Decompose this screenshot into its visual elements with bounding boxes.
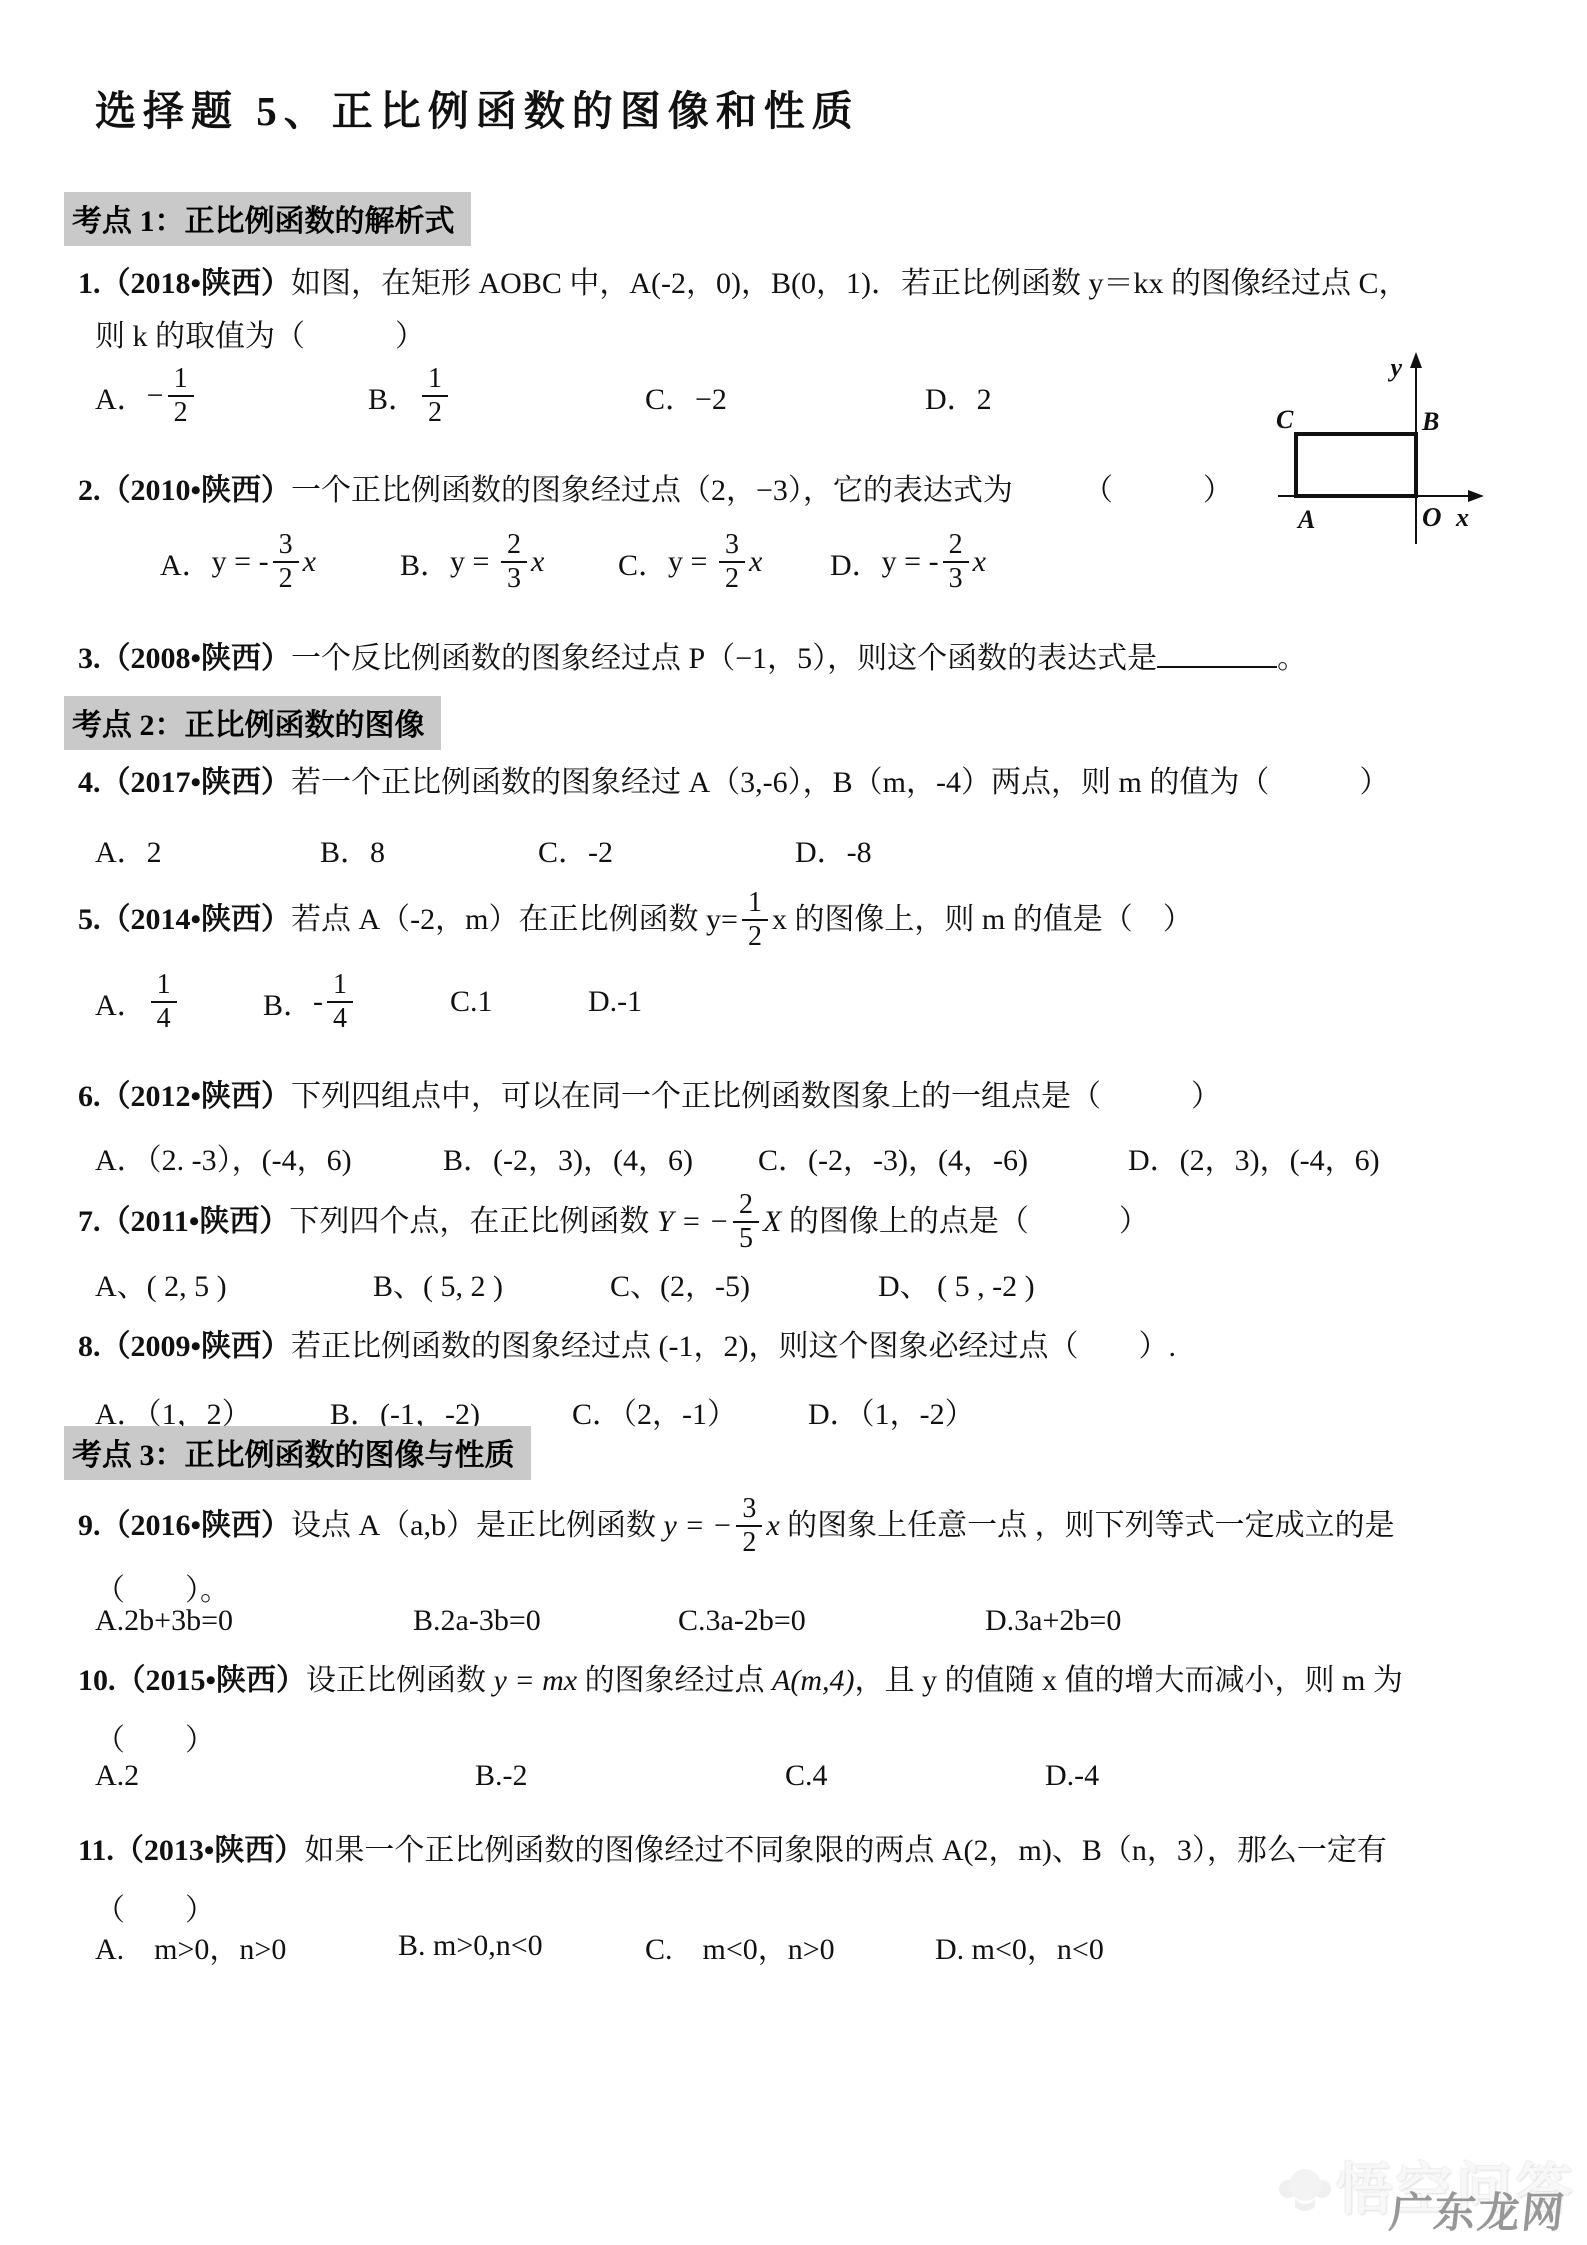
formula: y = mx xyxy=(494,1664,578,1697)
question-9-text-pre: 设点 A（a,b）是正比例函数 xyxy=(291,1505,663,1547)
option: B、( 5, 2 ) xyxy=(373,1262,503,1304)
worksheet-page: 选择题 5、正比例函数的图像和性质 考点 1：正比例函数的解析式 1.（2018… xyxy=(0,0,1587,2245)
option: B．y = 23x xyxy=(400,518,544,606)
question-8-text: 若正比例函数的图象经过点 (-1，2)，则这个图象必经过点（ ）. xyxy=(291,1330,1176,1363)
option-formula-post: x xyxy=(303,545,316,579)
question-5-text-post: x 的图像上，则 m 的值是（ ） xyxy=(772,899,1193,941)
label-point-c: C xyxy=(1276,405,1294,434)
option: B.2a-3b=0 xyxy=(413,1600,541,1642)
fraction: 12 xyxy=(422,363,448,429)
fraction-denominator: 2 xyxy=(422,395,448,429)
fraction: 23 xyxy=(943,529,969,595)
option-formula-post: x xyxy=(973,545,986,579)
formula-pre: y = − xyxy=(664,1505,733,1547)
fraction-numerator: 3 xyxy=(736,1493,762,1525)
page-title: 选择题 5、正比例函数的图像和性质 xyxy=(95,78,860,137)
fraction-numerator: 1 xyxy=(151,969,177,1001)
option-sign: − xyxy=(147,379,164,413)
fraction-denominator: 2 xyxy=(168,395,194,429)
question-4-line: 4.（2017•陕西）若一个正比例函数的图象经过 A（3,-6），B（m，-4）… xyxy=(78,762,1389,804)
option-label: C． xyxy=(618,540,668,584)
fraction-numerator: 1 xyxy=(327,969,353,1001)
section-heading-3: 考点 3：正比例函数的图像与性质 xyxy=(64,1426,531,1480)
option: C、(2，-5) xyxy=(610,1262,750,1304)
question-2-text: 一个正比例函数的图象经过点（2，−3），它的表达式为 xyxy=(291,474,1013,507)
question-10-text-mid: 的图象经过点 xyxy=(577,1664,772,1697)
option: A．y = -32x xyxy=(160,518,316,606)
option: D. m<0，n<0 xyxy=(935,1925,1104,1967)
option: D.-1 xyxy=(588,958,642,1046)
fraction: 32 xyxy=(273,529,299,595)
option: C.4 xyxy=(785,1755,828,1797)
fraction-numerator: 3 xyxy=(273,529,299,561)
question-7-options: A、( 2, 5 ) B、( 5, 2 ) C、(2，-5) D、 ( 5 , … xyxy=(0,1262,1587,1304)
option: D．2 xyxy=(925,352,992,440)
option: C.3a-2b=0 xyxy=(678,1600,806,1642)
option: A.2 xyxy=(95,1755,139,1797)
question-1-head: 1.（2018•陕西） xyxy=(78,267,291,300)
question-1-line-1: 1.（2018•陕西）如图，在矩形 AOBC 中，A(-2，0)，B(0，1)．… xyxy=(78,263,1409,305)
option: C．(-2，-3)，(4，-6) xyxy=(758,1136,1028,1178)
option: A．2 xyxy=(95,828,162,870)
question-11-text: 如果一个正比例函数的图像经过不同象限的两点 A(2，m)、B（n，3），那么一定… xyxy=(304,1834,1387,1867)
question-6-line: 6.（2012•陕西）下列四组点中，可以在同一个正比例函数图象上的一组点是（ ） xyxy=(78,1076,1221,1118)
fraction-denominator: 2 xyxy=(273,561,299,595)
question-9-line: 9.（2016•陕西）设点 A（a,b）是正比例函数 y = −32x 的图象上… xyxy=(78,1482,1395,1570)
question-6-text: 下列四组点中，可以在同一个正比例函数图象上的一组点是（ ） xyxy=(291,1080,1221,1113)
option: D．（1，-2） xyxy=(808,1390,975,1432)
option-formula-pre: y = xyxy=(668,545,715,579)
fraction: 32 xyxy=(719,529,745,595)
x-axis-arrow xyxy=(1468,490,1484,502)
question-10-head: 10.（2015•陕西） xyxy=(78,1664,306,1697)
option: C．−2 xyxy=(645,352,727,440)
question-7-line: 7.（2011•陕西）下列四个点，在正比例函数 Y = −25X 的图像上的点是… xyxy=(78,1178,1149,1266)
question-1-text: 如图，在矩形 AOBC 中，A(-2，0)，B(0，1)．若正比例函数 y＝kx… xyxy=(291,267,1409,300)
fraction: 14 xyxy=(151,969,177,1035)
option: B．8 xyxy=(320,828,385,870)
fraction: 25 xyxy=(733,1189,759,1255)
option-formula-pre: y = - xyxy=(212,545,269,579)
option: D．(2，3)，(-4，6) xyxy=(1128,1136,1380,1178)
question-5-options: A．14 B．-14 C.1 D.-1 xyxy=(0,958,1587,1046)
fraction-numerator: 3 xyxy=(719,529,745,561)
question-8-line: 8.（2009•陕西）若正比例函数的图象经过点 (-1，2)，则这个图象必经过点… xyxy=(78,1326,1176,1368)
fraction-denominator: 4 xyxy=(151,1001,177,1035)
fraction-numerator: 2 xyxy=(733,1189,759,1221)
option: C.1 xyxy=(450,958,493,1046)
fraction: 32 xyxy=(736,1493,762,1559)
question-6-head: 6.（2012•陕西） xyxy=(78,1080,291,1113)
option: D．y = -23x xyxy=(830,518,986,606)
option-label: A． xyxy=(95,980,147,1024)
question-10-line: 10.（2015•陕西）设正比例函数 y = mx 的图象经过点 A(m,4)，… xyxy=(78,1660,1403,1702)
question-10-options: A.2 B.-2 C.4 D.-4 xyxy=(0,1755,1587,1797)
formula-pre: Y = − xyxy=(657,1201,729,1243)
formula: A(m,4) xyxy=(772,1664,854,1697)
question-10-text-post: ，且 y 的值随 x 值的增大而减小，则 m 为 xyxy=(855,1664,1403,1697)
question-5-text-pre: 若点 A（-2，m）在正比例函数 y= xyxy=(291,899,738,941)
question-5-head: 5.（2014•陕西） xyxy=(78,899,291,941)
formula-post: X xyxy=(763,1201,781,1243)
fraction-denominator: 3 xyxy=(943,561,969,595)
fraction-denominator: 2 xyxy=(742,919,768,953)
watermark-site-text: 广东龙网 xyxy=(1387,2180,1569,2240)
label-y-axis: y xyxy=(1387,353,1402,382)
option-formula-pre: y = - xyxy=(882,545,939,579)
option: B．12 xyxy=(368,352,452,440)
fraction-denominator: 2 xyxy=(719,561,745,595)
option: A、( 2, 5 ) xyxy=(95,1262,227,1304)
question-5-line: 5.（2014•陕西）若点 A（-2，m）在正比例函数 y=12x 的图像上，则… xyxy=(78,876,1193,964)
fraction-numerator: 1 xyxy=(422,363,448,395)
rectangle-aobc xyxy=(1296,434,1416,496)
fraction-numerator: 1 xyxy=(168,363,194,395)
fraction-numerator: 1 xyxy=(742,887,768,919)
question-7-head: 7.（2011•陕西） xyxy=(78,1201,289,1243)
formula-post: x xyxy=(766,1505,779,1547)
option: D.3a+2b=0 xyxy=(985,1600,1121,1642)
option: C．（2，-1） xyxy=(572,1390,737,1432)
label-point-b: B xyxy=(1421,407,1439,436)
option: C．y = 32x xyxy=(618,518,762,606)
question-9-head: 9.（2016•陕西） xyxy=(78,1505,291,1547)
question-3-line: 3.（2008•陕西）一个反比例函数的图象经过点 P（−1，5），则这个函数的表… xyxy=(78,636,1307,680)
option: D、 ( 5 , -2 ) xyxy=(878,1262,1035,1304)
question-11-head: 11.（2013•陕西） xyxy=(78,1834,304,1867)
wukong-logo-icon xyxy=(1274,2155,1336,2217)
question-4-text: 若一个正比例函数的图象经过 A（3,-6），B（m，-4）两点，则 m 的值为（… xyxy=(291,766,1389,799)
question-7-text-post: 的图像上的点是（ ） xyxy=(781,1201,1149,1243)
question-6-options: A．（2. -3），(-4，6) B．(-2，3)，(4，6) C．(-2，-3… xyxy=(0,1136,1587,1178)
section-heading-1: 考点 1：正比例函数的解析式 xyxy=(64,192,471,246)
fraction-denominator: 2 xyxy=(736,1525,762,1559)
fraction-denominator: 4 xyxy=(327,1001,353,1035)
option-label: B． xyxy=(263,980,313,1024)
question-4-head: 4.（2017•陕西） xyxy=(78,766,291,799)
question-2-line: 2.（2010•陕西）一个正比例函数的图象经过点（2，−3），它的表达式为（ ） xyxy=(78,470,1233,512)
fraction: 12 xyxy=(168,363,194,429)
option: A．14 xyxy=(95,958,181,1046)
fraction-numerator: 2 xyxy=(943,529,969,561)
question-2-options: A．y = -32x B．y = 23x C．y = 32x D．y = -23… xyxy=(0,518,1587,606)
option: B.-2 xyxy=(475,1755,528,1797)
answer-blank xyxy=(1157,636,1277,668)
section-heading-2: 考点 2：正比例函数的图像 xyxy=(64,696,441,750)
option: A．−12 xyxy=(95,352,198,440)
option: D．-8 xyxy=(795,828,872,870)
answer-paren: （ ） xyxy=(1083,474,1233,507)
question-3-period: 。 xyxy=(1277,642,1307,675)
option-sign: - xyxy=(313,985,323,1019)
fraction: 12 xyxy=(742,887,768,953)
question-8-head: 8.（2009•陕西） xyxy=(78,1330,291,1363)
option: C．-2 xyxy=(538,828,613,870)
option-formula-pre: y = xyxy=(450,545,497,579)
question-7-text-pre: 下列四个点，在正比例函数 xyxy=(289,1201,657,1243)
option-formula-post: x xyxy=(749,545,762,579)
question-3-text: 一个反比例函数的图象经过点 P（−1，5），则这个函数的表达式是 xyxy=(291,642,1157,675)
fraction-numerator: 2 xyxy=(501,529,527,561)
option: B．-14 xyxy=(263,958,357,1046)
option: B. m>0,n<0 xyxy=(398,1925,543,1967)
option-label: A． xyxy=(95,374,147,418)
fraction-denominator: 3 xyxy=(501,561,527,595)
option-label: A． xyxy=(160,540,212,584)
question-4-options: A．2 B．8 C．-2 D．-8 xyxy=(0,828,1587,870)
option: C. m<0，n>0 xyxy=(645,1925,835,1967)
fraction: 23 xyxy=(501,529,527,595)
question-3-head: 3.（2008•陕西） xyxy=(78,642,291,675)
question-2-head: 2.（2010•陕西） xyxy=(78,474,291,507)
option: B．(-2，3)，(4，6) xyxy=(443,1136,693,1178)
option: D.-4 xyxy=(1045,1755,1099,1797)
option: A. m>0，n>0 xyxy=(95,1925,286,1967)
option-label: D． xyxy=(830,540,882,584)
fraction: 14 xyxy=(327,969,353,1035)
question-11-line: 11.（2013•陕西）如果一个正比例函数的图像经过不同象限的两点 A(2，m)… xyxy=(78,1830,1387,1872)
option-label: B． xyxy=(400,540,450,584)
y-axis-arrow xyxy=(1410,352,1422,368)
question-9-options: A.2b+3b=0 B.2a-3b=0 C.3a-2b=0 D.3a+2b=0 xyxy=(0,1600,1587,1642)
fraction-denominator: 5 xyxy=(733,1221,759,1255)
option: A.2b+3b=0 xyxy=(95,1600,233,1642)
question-9-text-post: 的图象上任意一点 ，则下列等式一定成立的是 xyxy=(780,1505,1395,1547)
question-10-text-pre: 设正比例函数 xyxy=(306,1664,494,1697)
option: A．（2. -3），(-4，6) xyxy=(95,1136,352,1178)
option-formula-post: x xyxy=(531,545,544,579)
option-label: B． xyxy=(368,374,418,418)
question-11-options: A. m>0，n>0 B. m>0,n<0 C. m<0，n>0 D. m<0，… xyxy=(0,1925,1587,1967)
